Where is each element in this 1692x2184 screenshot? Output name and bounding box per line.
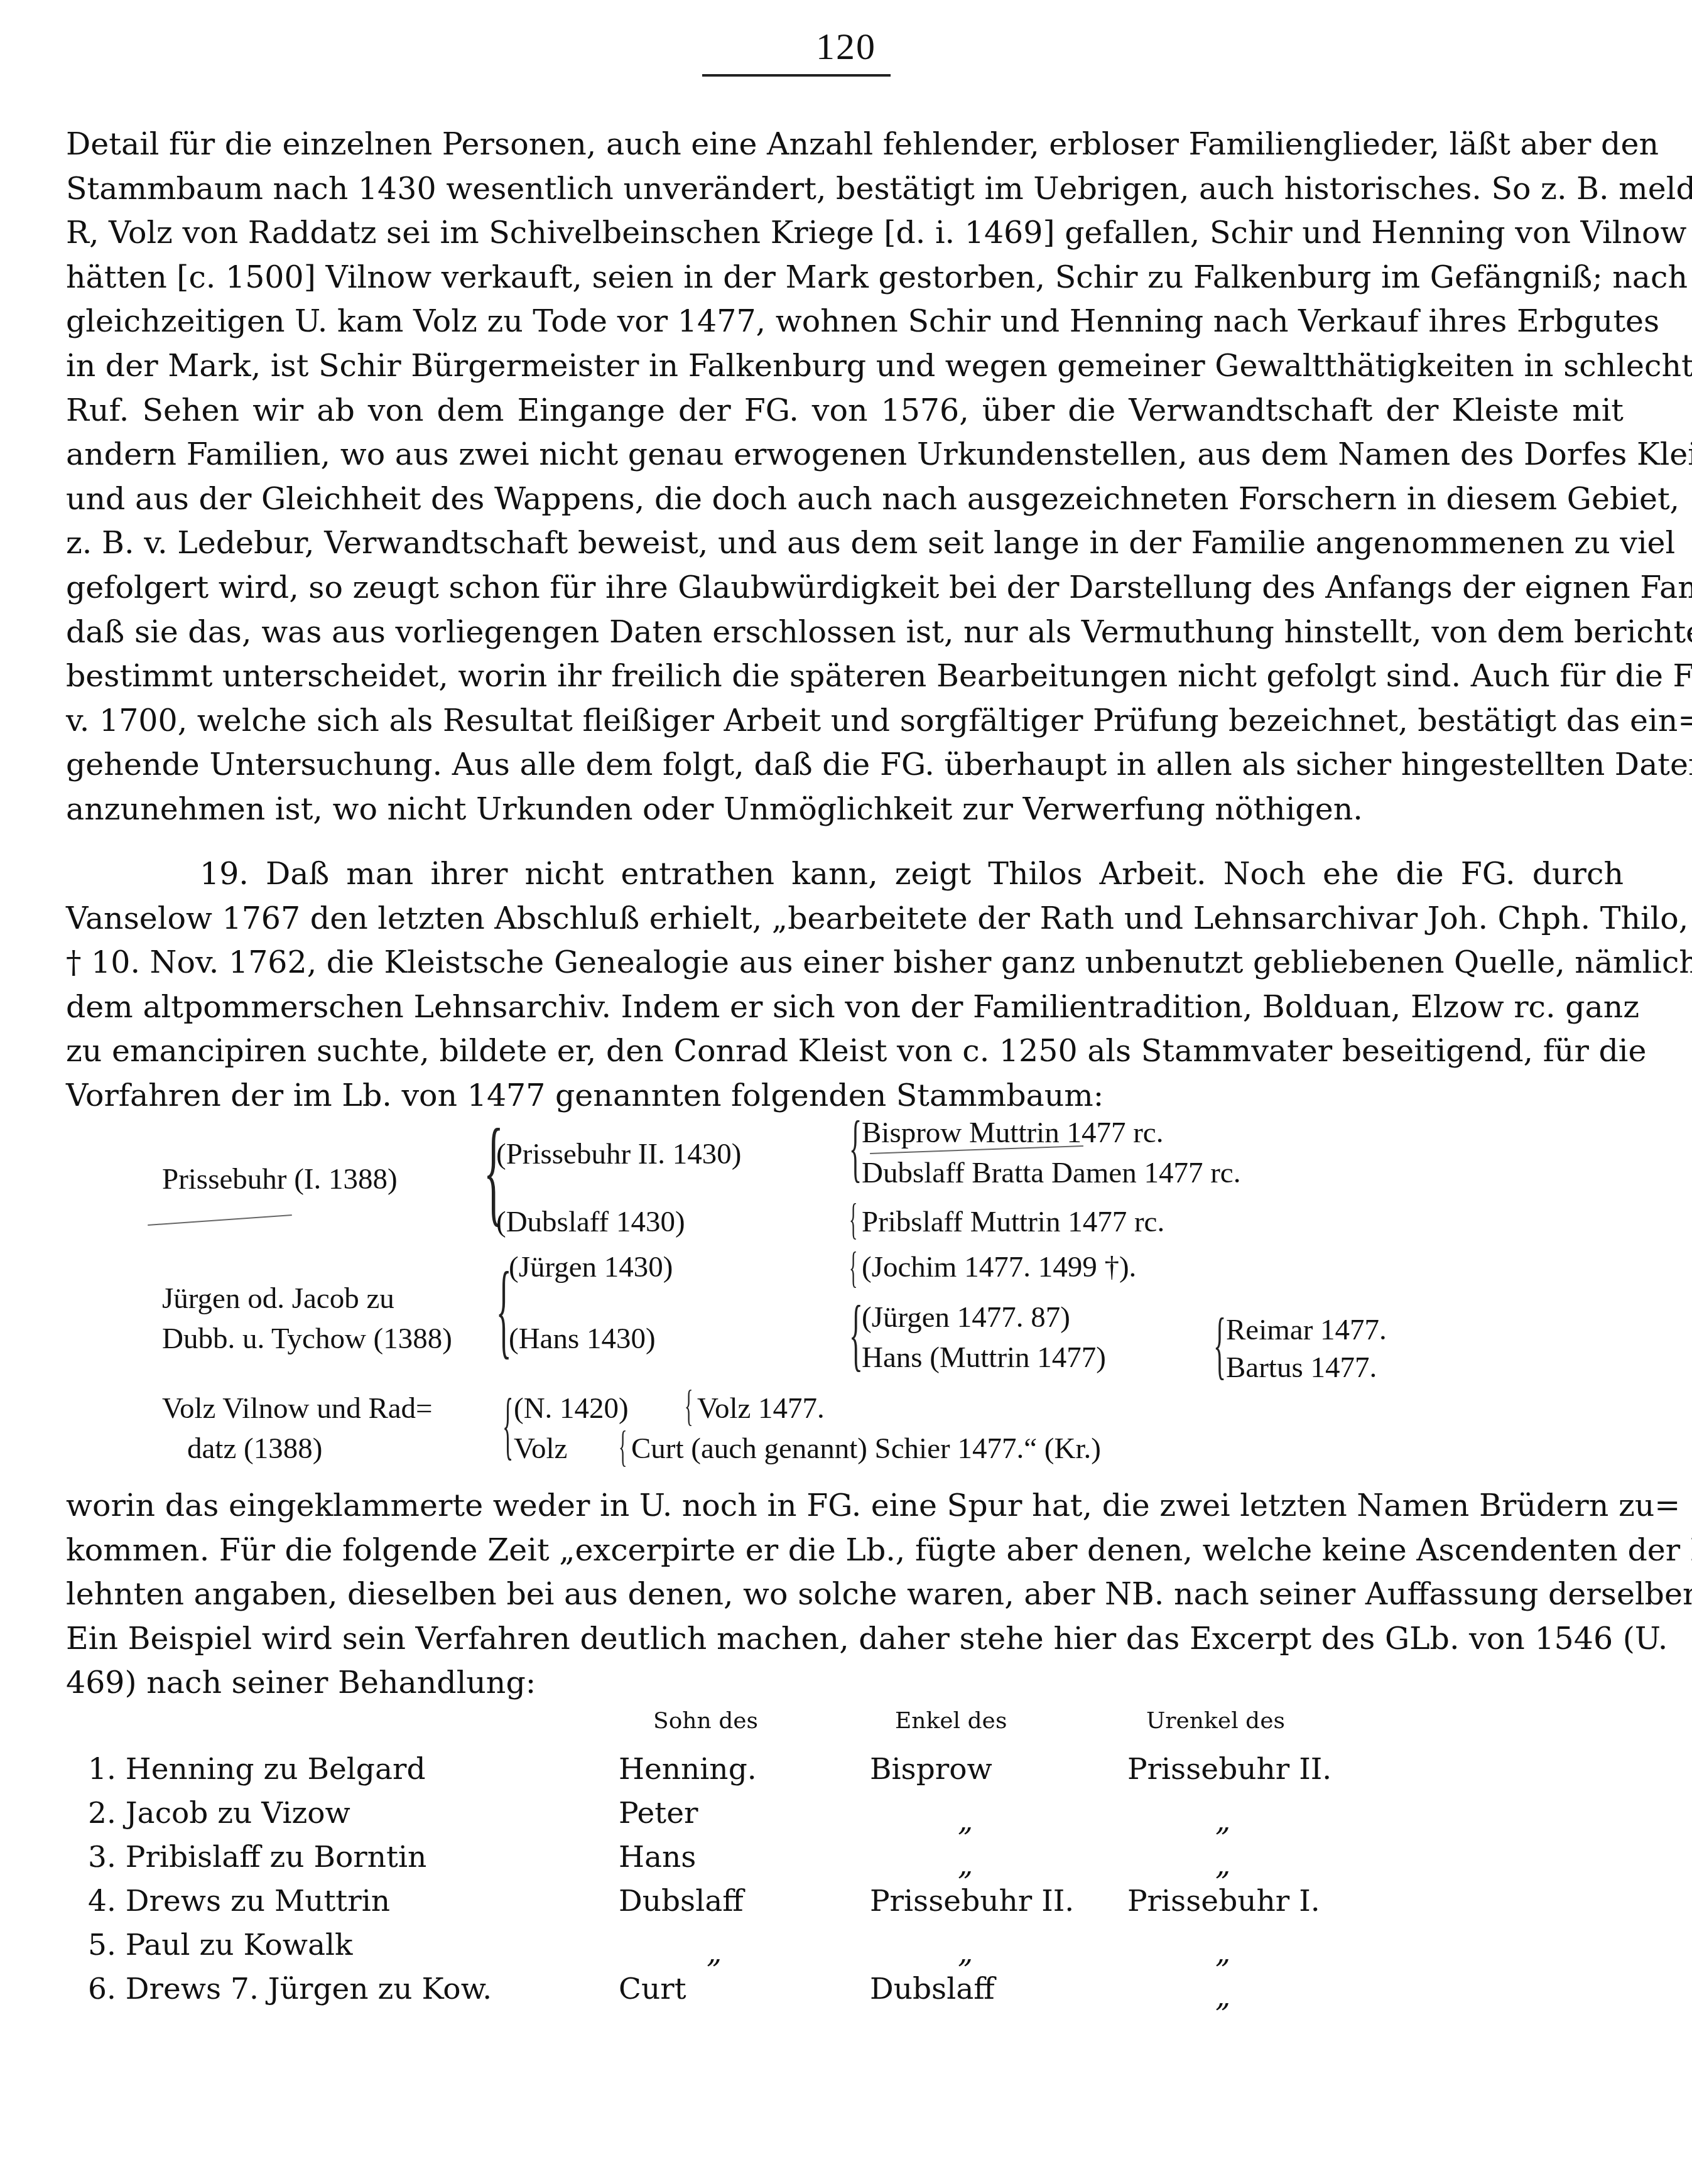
tree-child: (Dubslaff 1430) xyxy=(496,1204,685,1240)
tree-root-volz-line1: Volz Vilnow und Rad= xyxy=(162,1391,433,1426)
brace-icon: { xyxy=(849,1110,862,1186)
table-cell: Peter xyxy=(619,1796,698,1831)
tree-grandchild: (Jürgen 1477. 87) xyxy=(862,1300,1070,1335)
brace-icon: { xyxy=(849,1294,863,1375)
table-cell-entry: 3. Pribislaff zu Borntin xyxy=(88,1840,426,1875)
text-line: Vanselow 1767 den letzten Abschluß erhie… xyxy=(66,900,1624,938)
text-line: Ein Beispiel wird sein Verfahren deutlic… xyxy=(66,1620,1624,1658)
tree-root-volz-line2: datz (1388) xyxy=(187,1431,322,1466)
tree-grandchild: Dubslaff Bratta Damen 1477 rc. xyxy=(862,1155,1240,1191)
brace-icon: { xyxy=(1213,1307,1226,1383)
table-cell-entry: 4. Drews zu Muttrin xyxy=(88,1884,390,1919)
table-cell: „ xyxy=(958,1847,973,1883)
table-cell: „ xyxy=(1215,1847,1230,1883)
tree-child: (Hans 1430) xyxy=(509,1321,656,1356)
text-line: dem altpommerschen Lehnsarchiv. Indem er… xyxy=(66,988,1624,1026)
tree-root-juergen-line1: Jürgen od. Jacob zu xyxy=(162,1281,394,1316)
brace-icon: { xyxy=(849,1246,857,1290)
text-line: gleichzeitigen U. kam Volz zu Tode vor 1… xyxy=(66,303,1624,340)
table-cell: Curt xyxy=(619,1972,686,2007)
brace-icon: { xyxy=(685,1385,693,1429)
tree-grandchild: Curt (auch genannt) Schier 1477.“ (Kr.) xyxy=(631,1431,1101,1466)
page-number-rule xyxy=(702,74,891,77)
tree-child: Volz xyxy=(514,1431,567,1466)
text-line: worin das eingeklammerte weder in U. noc… xyxy=(66,1487,1624,1525)
tree-root-juergen-line2: Dubb. u. Tychow (1388) xyxy=(162,1321,452,1356)
pencil-underline xyxy=(148,1214,292,1226)
tree-root-prissebuhr: Prissebuhr (I. 1388) xyxy=(162,1162,398,1197)
tree-grandchild: Bisprow Muttrin 1477 rc. xyxy=(862,1115,1163,1150)
tree-grandchild: Pribslaff Muttrin 1477 rc. xyxy=(862,1204,1164,1240)
text-line: kommen. Für die folgende Zeit „excerpirt… xyxy=(66,1532,1624,1569)
table-cell: „ xyxy=(707,1935,722,1970)
table-cell: Bisprow xyxy=(870,1752,992,1787)
table-cell: Prissebuhr II. xyxy=(1127,1752,1331,1787)
tree-grandchild: Volz 1477. xyxy=(697,1391,825,1426)
table-cell: „ xyxy=(1215,1979,1230,2014)
text-line: 19. Daß man ihrer nicht entrathen kann, … xyxy=(200,855,1624,893)
table-cell: Prissebuhr I. xyxy=(1127,1884,1320,1919)
text-line: v. 1700, welche sich als Resultat fleißi… xyxy=(66,702,1624,740)
table-cell: „ xyxy=(958,1935,973,1970)
text-line: in der Mark, ist Schir Bürgermeister in … xyxy=(66,347,1624,385)
text-line: lehnten angaben, dieselben bei aus denen… xyxy=(66,1576,1624,1613)
page-number: 120 xyxy=(0,25,1692,68)
tree-greatgrandchild: Bartus 1477. xyxy=(1226,1350,1377,1385)
text-line: † 10. Nov. 1762, die Kleistsche Genealog… xyxy=(66,944,1624,981)
table-cell: „ xyxy=(1215,1803,1230,1839)
brace-icon: { xyxy=(619,1425,627,1469)
tree-child: (N. 1420) xyxy=(514,1391,629,1426)
text-line: hätten [c. 1500] Vilnow verkauft, seien … xyxy=(66,259,1624,296)
brace-icon: { xyxy=(849,1198,857,1242)
tree-child: (Jürgen 1430) xyxy=(509,1250,673,1285)
tree-child: (Prissebuhr II. 1430) xyxy=(496,1137,741,1172)
table-cell: Hans xyxy=(619,1840,696,1875)
text-line: und aus der Gleichheit des Wappens, die … xyxy=(66,480,1624,518)
tree-greatgrandchild: Reimar 1477. xyxy=(1226,1312,1387,1348)
column-header: Sohn des xyxy=(653,1708,758,1734)
text-line: Stammbaum nach 1430 wesentlich unverände… xyxy=(66,170,1624,208)
table-cell-entry: 6. Drews 7. Jürgen zu Kow. xyxy=(88,1972,492,2007)
tree-grandchild: (Jochim 1477. 1499 †). xyxy=(862,1250,1136,1285)
text-line: andern Familien, wo aus zwei nicht genau… xyxy=(66,436,1624,473)
text-line: Detail für die einzelnen Personen, auch … xyxy=(66,126,1624,163)
text-line: anzunehmen ist, wo nicht Urkunden oder U… xyxy=(66,791,1624,828)
tree-grandchild: Hans (Muttrin 1477) xyxy=(862,1340,1106,1375)
text-line: zu emancipiren suchte, bildete er, den C… xyxy=(66,1032,1624,1070)
text-line: daß sie das, was aus vorliegengen Daten … xyxy=(66,614,1624,651)
text-line: bestimmt unterscheidet, worin ihr freili… xyxy=(66,657,1624,695)
table-cell: Dubslaff xyxy=(619,1884,744,1919)
table-cell: „ xyxy=(1215,1935,1230,1970)
table-cell: „ xyxy=(958,1803,973,1839)
text-line: Ruf. Sehen wir ab von dem Eingange der F… xyxy=(66,392,1624,430)
table-cell-entry: 5. Paul zu Kowalk xyxy=(88,1928,352,1963)
text-line: gehende Untersuchung. Aus alle dem folgt… xyxy=(66,746,1624,784)
table-cell-entry: 1. Henning zu Belgard xyxy=(88,1752,425,1787)
text-line: gefolgert wird, so zeugt schon für ihre … xyxy=(66,569,1624,607)
table-cell: Prissebuhr II. xyxy=(870,1884,1074,1919)
brace-icon: { xyxy=(502,1388,513,1463)
text-line: z. B. v. Ledebur, Verwandtschaft beweist… xyxy=(66,524,1624,562)
column-header: Enkel des xyxy=(895,1708,1007,1734)
table-cell: Henning. xyxy=(619,1752,757,1787)
text-line: 469) nach seiner Behandlung: xyxy=(66,1664,1624,1702)
text-line: R, Volz von Raddatz sei im Schivelbeinsc… xyxy=(66,214,1624,252)
column-header: Urenkel des xyxy=(1146,1708,1285,1734)
table-cell: Dubslaff xyxy=(870,1972,995,2007)
table-cell-entry: 2. Jacob zu Vizow xyxy=(88,1796,350,1831)
text-line: Vorfahren der im Lb. von 1477 genannten … xyxy=(66,1077,1624,1115)
